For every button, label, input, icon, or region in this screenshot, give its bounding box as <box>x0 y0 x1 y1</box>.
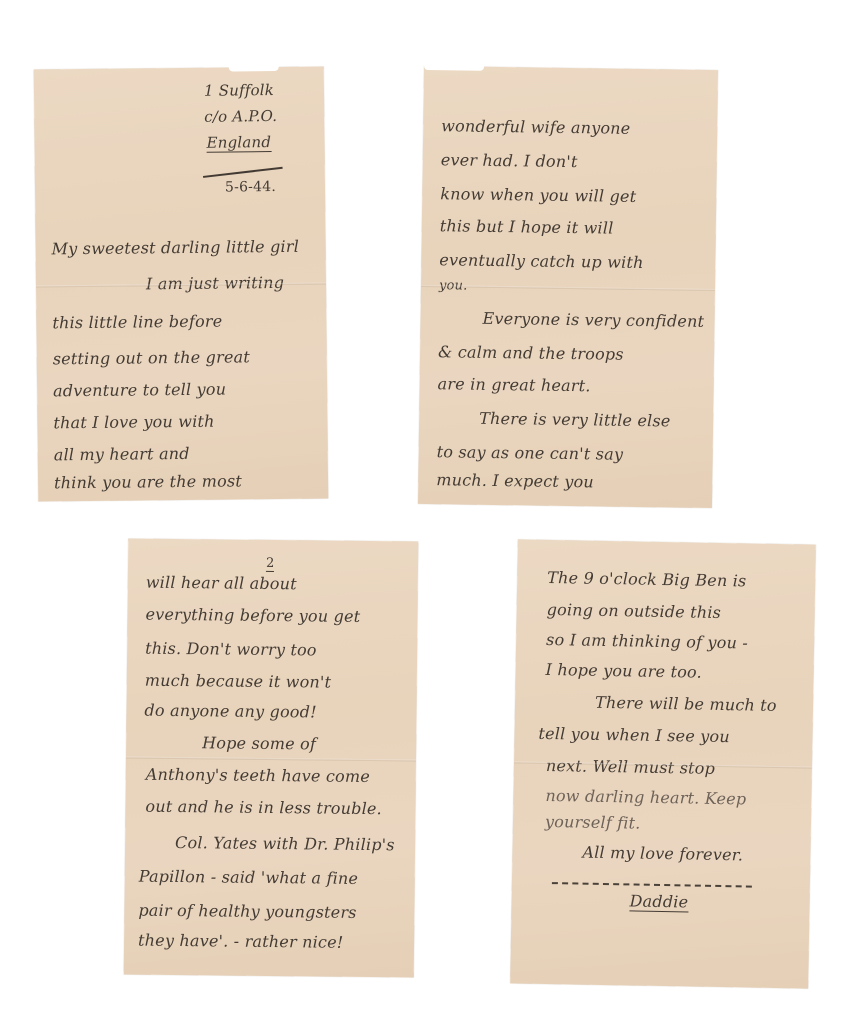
letter-line: this little line before <box>52 312 222 333</box>
letter-line: I hope you are too. <box>545 660 702 682</box>
letter-line: so I am thinking of you - <box>546 630 748 653</box>
paper-notch <box>424 64 484 71</box>
paper-notch <box>229 65 279 72</box>
letter-line: this. Don't worry too <box>145 639 317 660</box>
letter-line: will hear all about <box>146 573 297 594</box>
letter-line: All my love forever. <box>582 843 743 865</box>
letter-line: next. Well must stop <box>546 756 715 778</box>
letter-line: tell you when I see you <box>538 724 730 746</box>
letter-line: pair of healthy youngsters <box>138 901 356 922</box>
letter-line: much. I expect you <box>436 470 594 491</box>
letter-line: setting out on the great <box>53 347 250 368</box>
letter-line: going on outside this <box>547 600 722 622</box>
letter-line: you. <box>439 278 468 293</box>
letter-line: to say as one can't say <box>437 442 624 464</box>
letter-line: Hope some of <box>202 733 316 753</box>
letter-line: out and he is in less trouble. <box>145 797 382 818</box>
letter-line: this but I hope it will <box>440 216 614 237</box>
letter-line: now darling heart. Keep <box>545 786 746 809</box>
letter-line: adventure to tell you <box>53 380 226 401</box>
letter-line: Col. Yates with Dr. Philip's <box>175 833 395 854</box>
letter-line: There will be much to <box>595 693 777 715</box>
letter-line: ever had. I don't <box>441 150 578 171</box>
address-line: c/o A.P.O. <box>204 107 277 126</box>
letter-line: I am just writing <box>146 273 284 293</box>
letter-page-1: 1 Suffolk c/o A.P.O. England 5-6-44. My … <box>34 66 329 501</box>
letter-page-3: 2 will hear all about everything before … <box>124 538 419 977</box>
address-line: England <box>206 133 271 153</box>
letter-line: think you are the most <box>54 471 242 492</box>
letter-line: know when you will get <box>440 184 636 206</box>
letter-line: much because it won't <box>145 671 332 692</box>
signature-dash-rule <box>552 882 752 887</box>
letter-line: eventually catch up with <box>439 250 643 272</box>
letter-line: wonderful wife anyone <box>441 116 630 138</box>
letter-line: are in great heart. <box>438 374 591 395</box>
letter-page-2: wonderful wife anyone ever had. I don't … <box>418 66 718 508</box>
letter-line: do anyone any good! <box>144 701 316 722</box>
letter-line: yourself fit. <box>545 812 641 833</box>
letter-line: My sweetest darling little girl <box>52 237 300 259</box>
letter-page-4: The 9 o'clock Big Ben is going on outsid… <box>510 539 816 988</box>
letter-line: they have'. - rather nice! <box>138 931 344 952</box>
letter-date: 5-6-44. <box>225 179 276 196</box>
page-number-mark: 2 <box>266 556 275 572</box>
letter-line: that I love you with <box>53 412 214 433</box>
letter-line: Anthony's teeth have come <box>146 765 370 786</box>
letter-line: all my heart and <box>54 444 190 464</box>
header-rule <box>203 167 283 178</box>
letter-line: Papillon - said 'what a fine <box>139 867 359 888</box>
letter-line: Everyone is very confident <box>482 309 704 331</box>
signature: Daddie <box>629 891 688 912</box>
letter-line: everything before you get <box>145 605 360 626</box>
letter-line: The 9 o'clock Big Ben is <box>547 568 747 590</box>
letter-line: There is very little else <box>479 409 671 431</box>
letter-line: & calm and the troops <box>438 342 624 364</box>
address-line: 1 Suffolk <box>204 81 274 100</box>
